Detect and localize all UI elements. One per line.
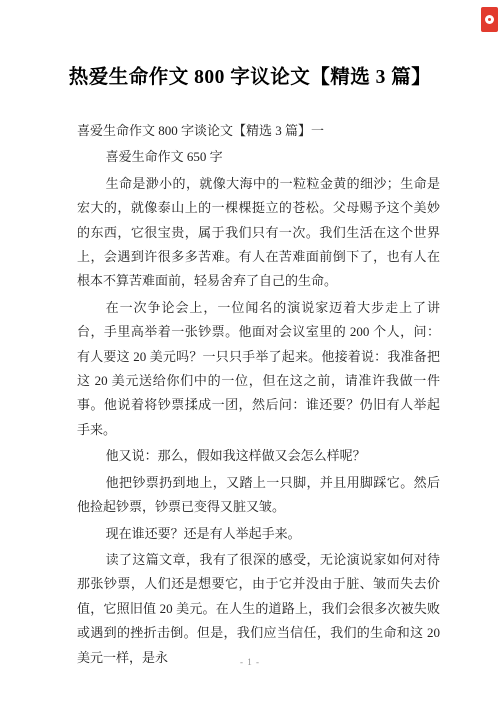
document-page: 热爱生命作文 800 字议论文【精选 3 篇】 喜爱生命作文 800 字谈论文【…	[0, 0, 500, 707]
paragraph-subheading: 喜爱生命作文 650 字	[77, 145, 440, 169]
red-corner-badge-icon	[481, 7, 498, 32]
paragraph: 他把钞票扔到地上，又踏上一只脚，并且用脚踩它。然后他捡起钞票，钞票已变得又脏又皱…	[77, 471, 440, 520]
paragraph: 在一次争论会上，一位闻名的演说家迈着大步走上了讲台，手里高举着一张钞票。他面对会…	[77, 296, 440, 442]
paragraph: 他又说：那么，假如我这样做又会怎么样呢？	[77, 444, 440, 468]
paragraph: 生命是渺小的，就像大海中的一粒粒金黄的细沙；生命是宏大的，就像泰山上的一棵棵挺立…	[77, 172, 440, 294]
document-body: 喜爱生命作文 800 字谈论文【精选 3 篇】一 喜爱生命作文 650 字 生命…	[77, 119, 440, 670]
paragraph-subtitle: 喜爱生命作文 800 字谈论文【精选 3 篇】一	[77, 119, 440, 143]
badge-glyph-icon	[485, 15, 494, 24]
document-title: 热爱生命作文 800 字议论文【精选 3 篇】	[0, 0, 500, 92]
paragraph: 现在谁还要？还是有人举起手来。	[77, 522, 440, 546]
page-number: - 1 -	[0, 657, 500, 667]
paragraph: 读了这篇文章，我有了很深的感受，无论演说家如何对待那张钞票，人们还是想要它，由于…	[77, 548, 440, 670]
